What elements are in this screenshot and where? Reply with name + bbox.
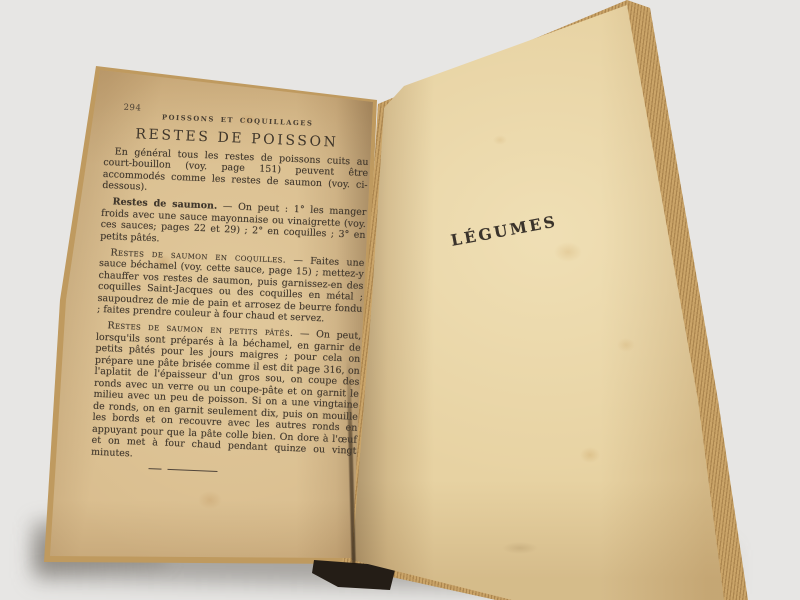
left-page-text-block: 294 POISSONS ET COQUILLAGES RESTES DE PO… xyxy=(91,98,371,478)
paragraph-text: — On peut, lorsqu'ils sont préparés à la… xyxy=(91,328,362,459)
body-paragraph: Restes de saumon. — On peut : 1° les man… xyxy=(100,196,367,253)
page-number: 294 xyxy=(123,103,141,114)
paragraph-text: En général tous les restes de poissons c… xyxy=(102,146,369,193)
body-paragraph: Restes de saumon en coquilles. — Faites … xyxy=(97,247,365,327)
body-paragraph: Restes de saumon en petits pâtés. — On p… xyxy=(91,320,362,469)
body-paragraph: En général tous les restes de poissons c… xyxy=(102,146,369,203)
paragraph-text: — Faites une sauce béchamel (voy. cette … xyxy=(97,255,365,325)
photo-open-cookbook: 294 POISSONS ET COQUILLAGES RESTES DE PO… xyxy=(0,0,800,600)
